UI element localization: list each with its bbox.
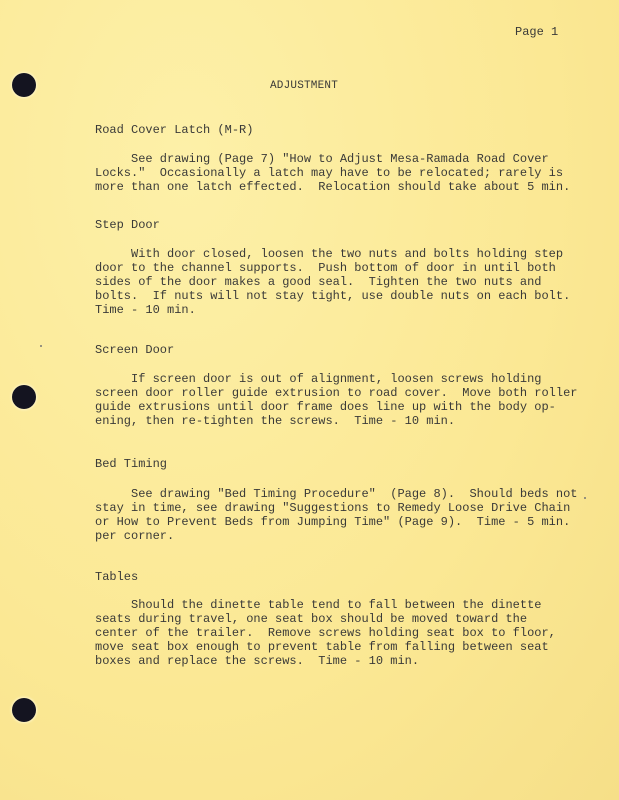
section-body-step-door: With door closed, loosen the two nuts an… [95, 247, 565, 317]
section-heading-step-door: Step Door [95, 218, 160, 232]
section-body-road-cover-latch: See drawing (Page 7) "How to Adjust Mesa… [95, 152, 565, 194]
binder-hole-icon [12, 73, 36, 97]
section-body-bed-timing: See drawing "Bed Timing Procedure" (Page… [95, 487, 565, 543]
document-title: ADJUSTMENT [270, 80, 338, 92]
section-heading-tables: Tables [95, 570, 138, 584]
binder-hole-icon [12, 698, 36, 722]
section-body-screen-door: If screen door is out of alignment, loos… [95, 372, 565, 428]
section-heading-road-cover-latch: Road Cover Latch (M-R) [95, 123, 253, 137]
section-body-tables: Should the dinette table tend to fall be… [95, 598, 565, 668]
speck [40, 345, 42, 347]
section-heading-bed-timing: Bed Timing [95, 457, 167, 471]
section-heading-screen-door: Screen Door [95, 343, 174, 357]
speck [584, 497, 586, 499]
binder-hole-icon [12, 385, 36, 409]
page-number: Page 1 [515, 25, 558, 39]
